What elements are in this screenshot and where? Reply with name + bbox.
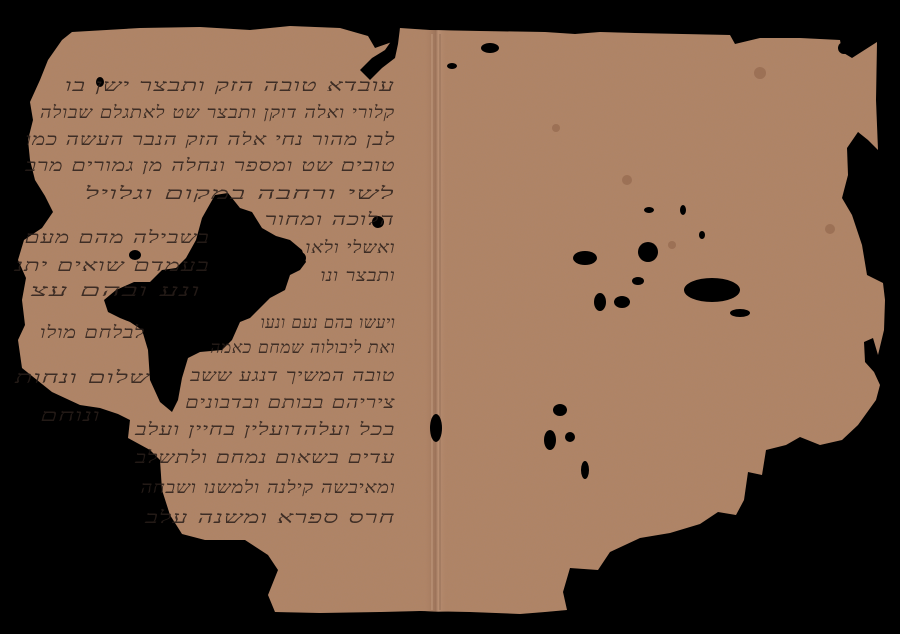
photo-stage: עובדא טובה הזק ותבצר ישן בוקלורי ואלה דו… <box>0 0 900 634</box>
worm-hole <box>129 250 141 260</box>
worm-hole <box>544 430 556 450</box>
worm-hole <box>481 43 499 53</box>
worm-hole <box>372 216 384 228</box>
stain <box>552 124 560 132</box>
worm-hole <box>96 77 104 87</box>
worm-hole <box>294 252 306 264</box>
stain <box>825 224 835 234</box>
worm-hole <box>430 414 442 442</box>
worm-hole <box>644 207 654 213</box>
stain <box>668 241 676 249</box>
worm-hole <box>632 277 644 285</box>
worm-hole <box>565 432 575 442</box>
fold-line <box>425 30 449 612</box>
worm-hole <box>581 461 589 479</box>
worm-hole <box>680 205 686 215</box>
worm-hole <box>638 242 658 262</box>
worm-hole <box>838 42 850 54</box>
worm-hole <box>553 404 567 416</box>
stain <box>754 67 766 79</box>
worm-hole <box>614 296 630 308</box>
worm-hole <box>594 293 606 311</box>
worm-hole <box>684 278 740 302</box>
stain <box>622 175 632 185</box>
worm-hole <box>573 251 597 265</box>
worm-hole <box>699 231 705 239</box>
worm-hole <box>730 309 750 317</box>
manuscript-fragment <box>0 0 900 634</box>
worm-hole <box>447 63 457 69</box>
